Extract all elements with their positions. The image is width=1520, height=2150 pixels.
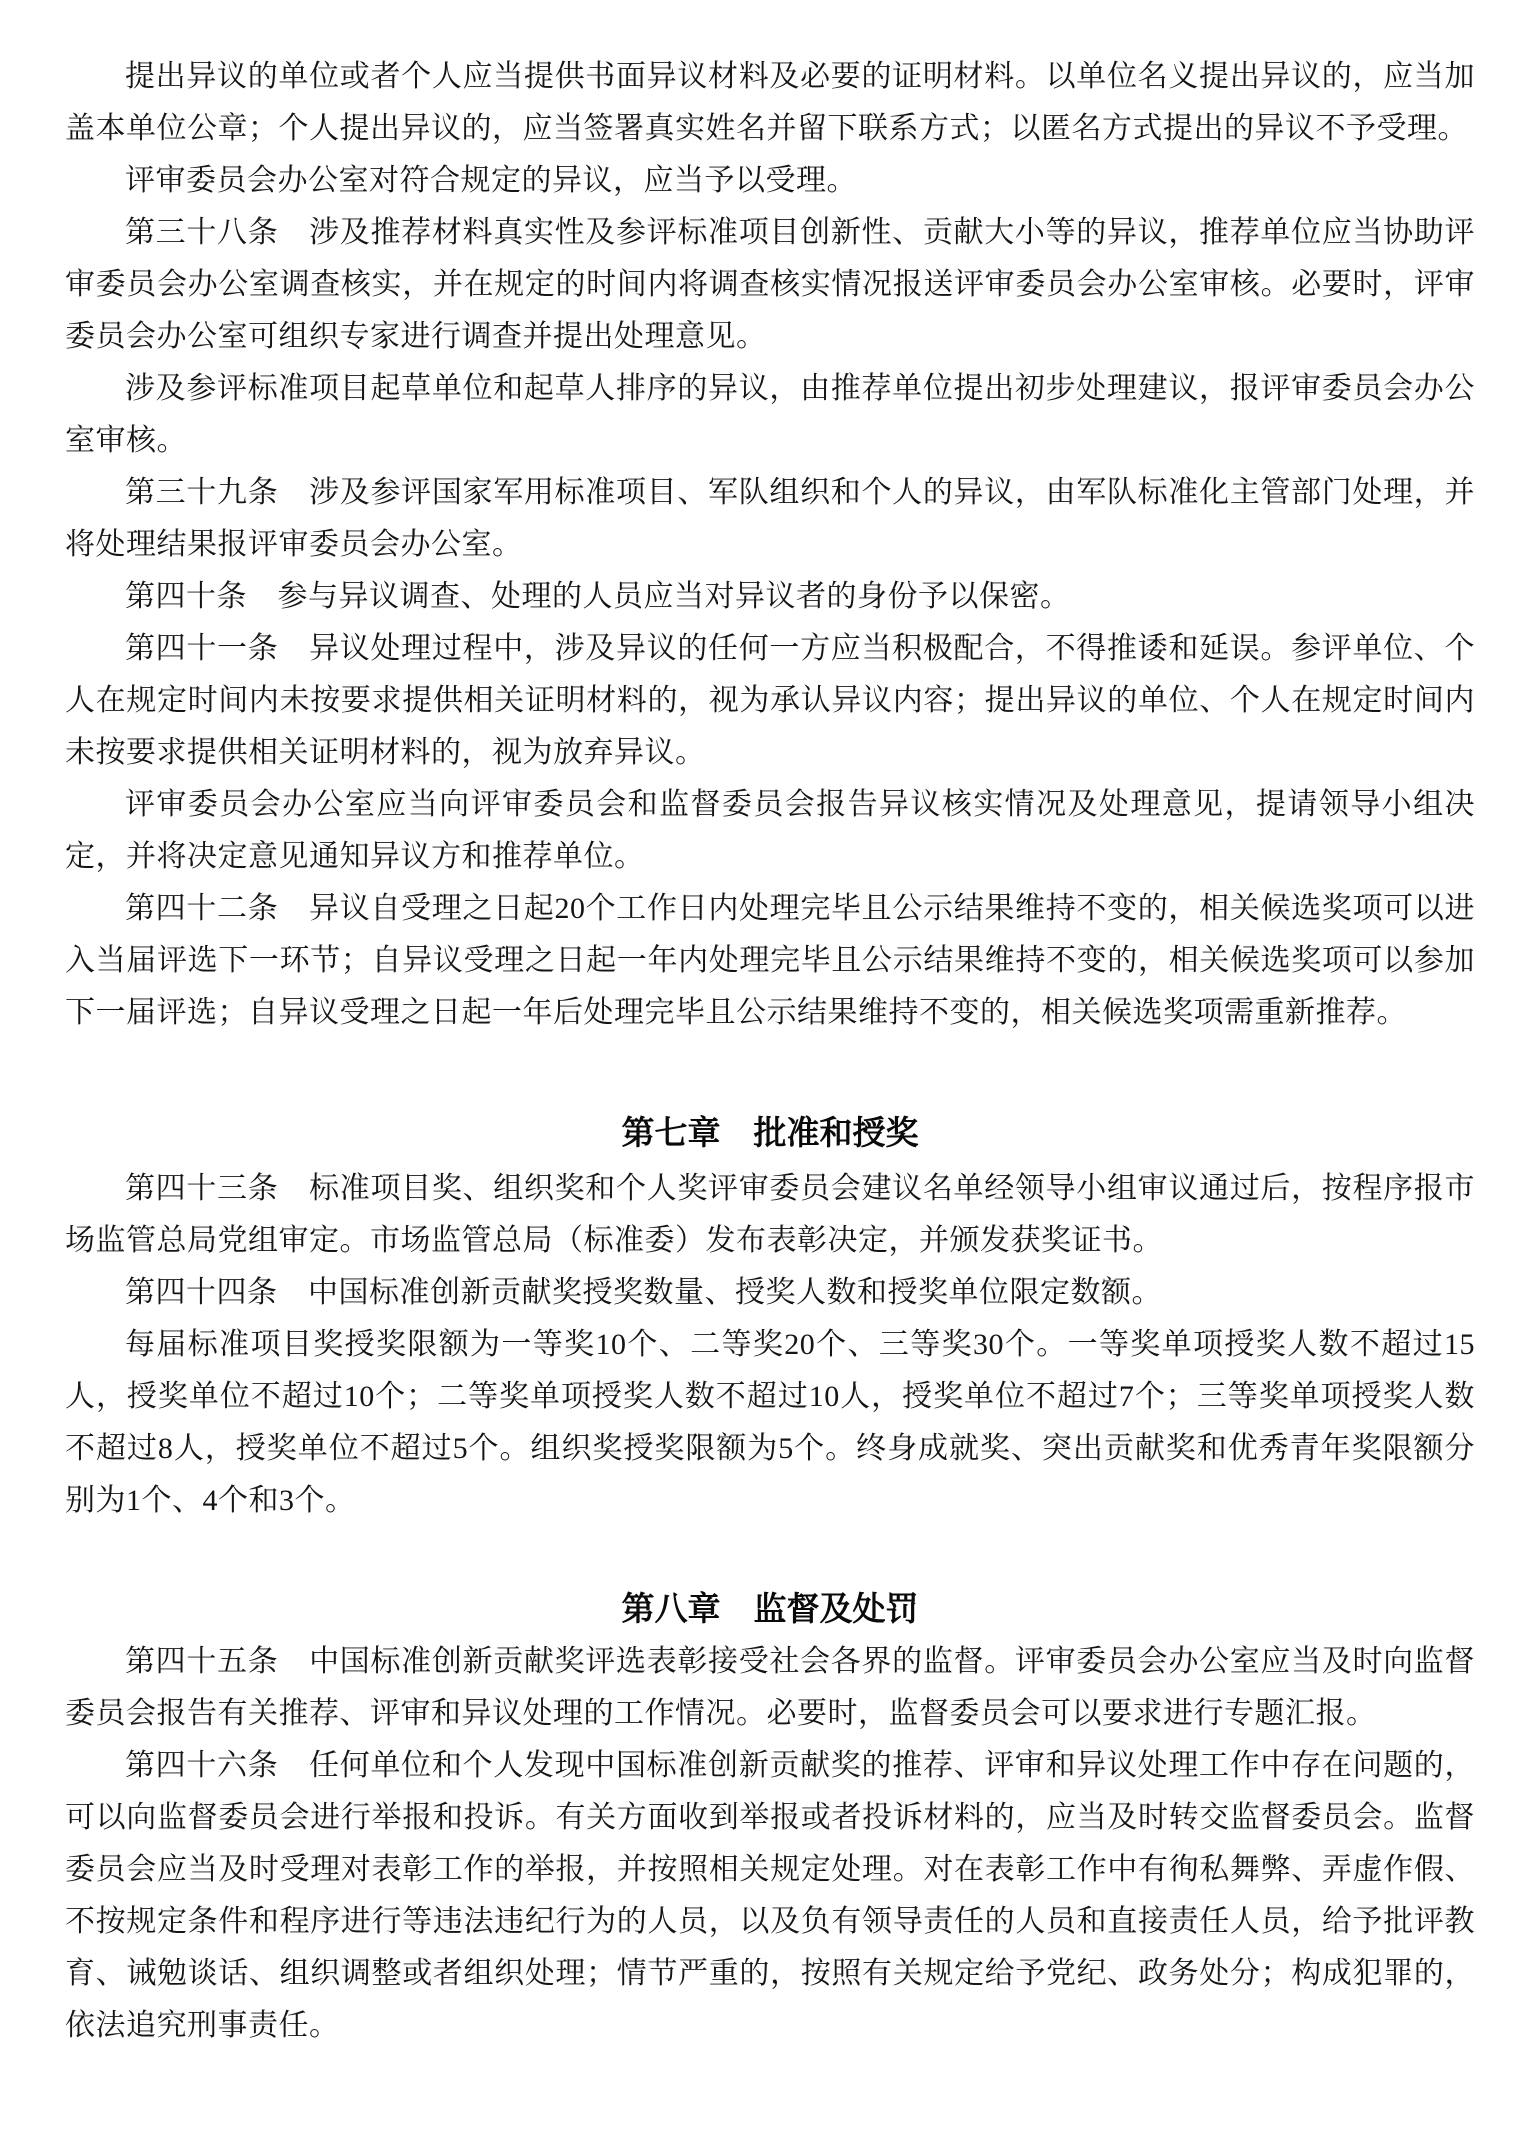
para-article-41: 第四十一条 异议处理过程中，涉及异议的任何一方应当积极配合，不得推诿和延误。参评… bbox=[65, 623, 1475, 779]
para-article-44-quota-details: 每届标准项目奖授奖限额为一等奖10个、二等奖20个、三等奖30个。一等奖单项授奖… bbox=[65, 1319, 1475, 1527]
para-article-40: 第四十条 参与异议调查、处理的人员应当对异议者的身份予以保密。 bbox=[65, 571, 1475, 623]
heading-chapter-8: 第八章 监督及处罚 bbox=[65, 1583, 1475, 1635]
heading-chapter-7: 第七章 批准和授奖 bbox=[65, 1107, 1475, 1159]
para-article-45: 第四十五条 中国标准创新贡献奖评选表彰接受社会各界的监督。评审委员会办公室应当及… bbox=[65, 1636, 1475, 1740]
document-page: 提出异议的单位或者个人应当提供书面异议材料及必要的证明材料。以单位名义提出异议的… bbox=[0, 0, 1520, 2150]
para-article-43: 第四十三条 标准项目奖、组织奖和个人奖评审委员会建议名单经领导小组审议通过后，按… bbox=[65, 1163, 1475, 1267]
para-article-38-draft-order: 涉及参评标准项目起草单位和起草人排序的异议，由推荐单位提出初步处理建议，报评审委… bbox=[65, 363, 1475, 467]
para-article-41-report: 评审委员会办公室应当向评审委员会和监督委员会报告异议核实情况及处理意见，提请领导… bbox=[65, 779, 1475, 883]
para-article-44: 第四十四条 中国标准创新贡献奖授奖数量、授奖人数和授奖单位限定数额。 bbox=[65, 1267, 1475, 1319]
para-article-46: 第四十六条 任何单位和个人发现中国标准创新贡献奖的推荐、评审和异议处理工作中存在… bbox=[65, 1740, 1475, 2052]
para-article-39: 第三十九条 涉及参评国家军用标准项目、军队组织和个人的异议，由军队标准化主管部门… bbox=[65, 467, 1475, 571]
para-article-38: 第三十八条 涉及推荐材料真实性及参评标准项目创新性、贡献大小等的异议，推荐单位应… bbox=[65, 207, 1475, 363]
para-objection-acceptance: 评审委员会办公室对符合规定的异议，应当予以受理。 bbox=[65, 155, 1475, 207]
para-objection-materials: 提出异议的单位或者个人应当提供书面异议材料及必要的证明材料。以单位名义提出异议的… bbox=[65, 51, 1475, 155]
para-article-42: 第四十二条 异议自受理之日起20个工作日内处理完毕且公示结果维持不变的，相关候选… bbox=[65, 883, 1475, 1039]
